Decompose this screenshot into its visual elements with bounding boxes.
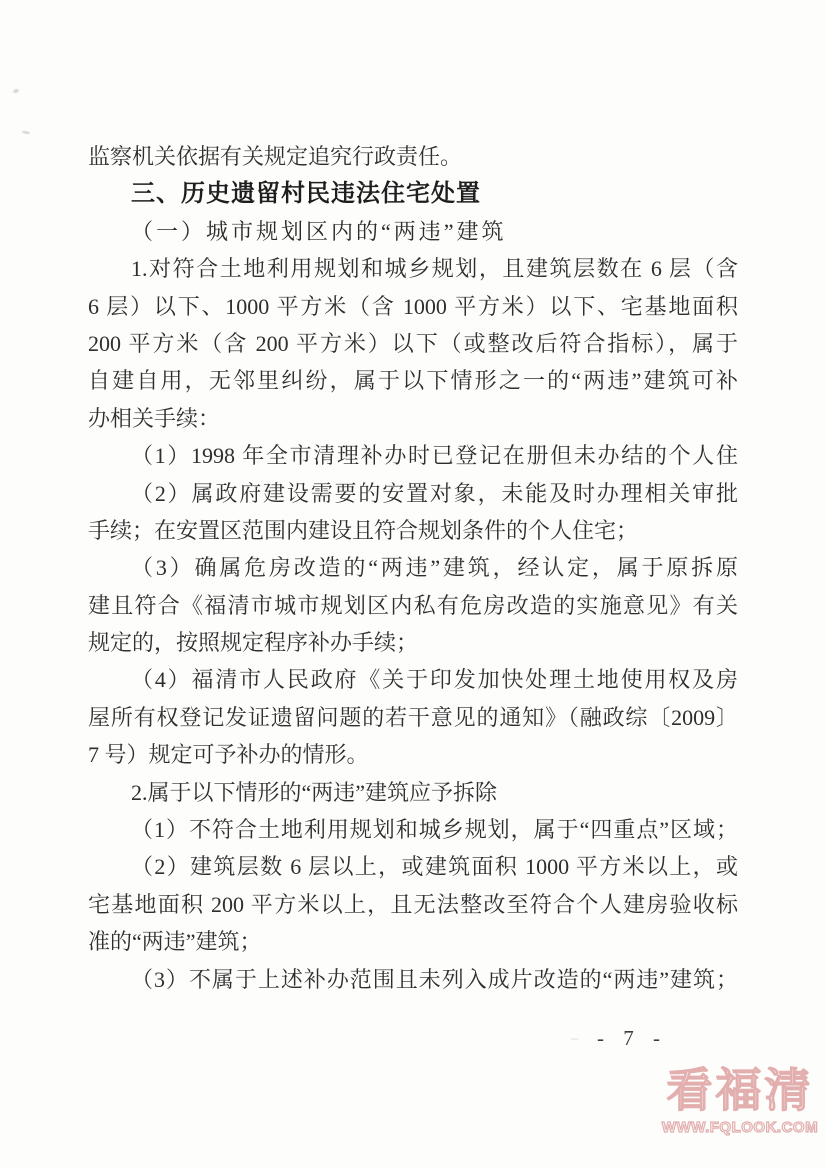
paragraph-line: 手续；在安置区范围内建设且符合规划条件的个人住宅； xyxy=(88,512,738,549)
list-item-line: （2）属政府建设需要的安置对象，未能及时办理相关审批 xyxy=(88,475,738,512)
list-item-line: （1）1998 年全市清理补办时已登记在册但未办结的个人住宅； xyxy=(88,437,738,474)
paragraph-line: 规定的，按照规定程序补办手续； xyxy=(88,624,738,661)
subsection-heading: （一）城市规划区内的“两违”建筑 xyxy=(88,213,738,250)
scan-speck xyxy=(22,130,30,134)
scan-speck xyxy=(12,88,19,94)
section-heading: 三、历史遗留村民违法住宅处置 xyxy=(88,175,738,212)
list-item-line: （3）不属于上述补办范围且未列入成片改造的“两违”建筑； xyxy=(88,961,738,998)
paragraph-line: 宅基地面积 200 平方米以上，且无法整改至符合个人建房验收标 xyxy=(88,886,738,923)
scan-speck xyxy=(570,1038,579,1040)
document-body: 监察机关依据有关规定追究行政责任。 三、历史遗留村民违法住宅处置 （一）城市规划… xyxy=(88,138,738,998)
document-page: 监察机关依据有关规定追究行政责任。 三、历史遗留村民违法住宅处置 （一）城市规划… xyxy=(0,0,826,1168)
paragraph-line: 7 号）规定可予补办的情形。 xyxy=(88,736,738,773)
list-item-line: （4）福清市人民政府《关于印发加快处理土地使用权及房 xyxy=(88,661,738,698)
paragraph-line: 200 平方米（含 200 平方米）以下（或整改后符合指标），属于 xyxy=(88,325,738,362)
paragraph-line: 6 层）以下、1000 平方米（含 1000 平方米）以下、宅基地面积 xyxy=(88,288,738,325)
list-item-line: （3）确属危房改造的“两违”建筑，经认定，属于原拆原 xyxy=(88,549,738,586)
watermark-logo-text: 看福清 xyxy=(654,1062,826,1118)
paragraph-line: 自建自用，无邻里纠纷，属于以下情形之一的“两违”建筑可补 xyxy=(88,362,738,399)
list-item-line: （2）建筑层数 6 层以上，或建筑面积 1000 平方米以上，或 xyxy=(88,848,738,885)
watermark-url: WWW.FQLOOK.COM xyxy=(654,1119,826,1136)
paragraph-line: 1.对符合土地利用规划和城乡规划，且建筑层数在 6 层（含 xyxy=(88,250,738,287)
paragraph-line: 准的“两违”建筑； xyxy=(88,923,738,960)
watermark: 看福清 WWW.FQLOOK.COM xyxy=(654,1062,826,1136)
paragraph-line: 2.属于以下情形的“两违”建筑应予拆除 xyxy=(88,774,738,811)
paragraph-line: 监察机关依据有关规定追究行政责任。 xyxy=(88,138,738,175)
paragraph-line: 屋所有权登记发证遗留问题的若干意见的通知》（融政综〔2009〕 xyxy=(88,699,738,736)
page-number: - 7 - xyxy=(597,1026,665,1051)
list-item-line: （1）不符合土地利用规划和城乡规划，属于“四重点”区域； xyxy=(88,811,738,848)
paragraph-line: 建且符合《福清市城市规划区内私有危房改造的实施意见》有关 xyxy=(88,587,738,624)
paragraph-line: 办相关手续： xyxy=(88,400,738,437)
